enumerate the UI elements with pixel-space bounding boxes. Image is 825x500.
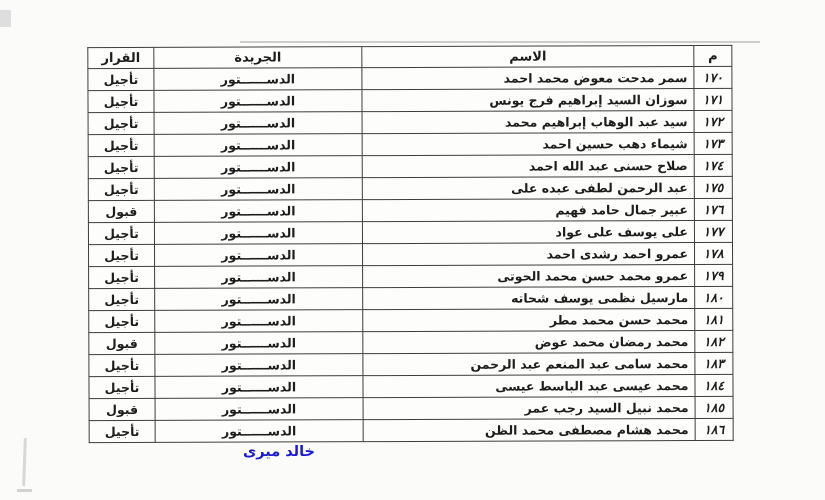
cell-name: محمد رمضان محمد عوض [363, 331, 695, 354]
scan-artifact-topline [240, 41, 760, 43]
table-row: ١٨٢ محمد رمضان محمد عوض الدســــــتور قب… [89, 330, 733, 354]
cell-serial-number: ١٧٢ [694, 110, 732, 132]
cell-serial-number: ١٨٤ [695, 374, 733, 396]
cell-decision: تأجيل [88, 68, 154, 90]
table-row: ١٨٤ محمد عيسى عبد الباسط عيسى الدســــــ… [89, 374, 733, 398]
cell-decision: تأجيل [88, 222, 154, 244]
cell-newspaper: الدســــــتور [154, 178, 362, 201]
table-row: ١٧٠ سمر مدحت معوض محمد احمد الدســــــتو… [88, 66, 732, 90]
cell-decision: تأجيل [88, 90, 154, 112]
cell-newspaper: الدســــــتور [155, 398, 363, 421]
table-row: ١٧٣ شيماء دهب حسين احمد الدســــــتور تأ… [88, 132, 732, 156]
cell-decision: تأجيل [88, 134, 154, 156]
cell-decision: تأجيل [89, 310, 155, 332]
cell-serial-number: ١٨٣ [695, 352, 733, 374]
header-serial-number: م [694, 45, 732, 66]
cell-serial-number: ١٧٤ [694, 154, 732, 176]
header-newspaper: الجريدة [154, 47, 362, 69]
cell-serial-number: ١٧٣ [694, 132, 732, 154]
cell-serial-number: ١٧٥ [694, 176, 732, 198]
cell-newspaper: الدســــــتور [154, 156, 362, 179]
cell-newspaper: الدســــــتور [154, 200, 362, 223]
cell-newspaper: الدســــــتور [154, 112, 362, 135]
cell-name: سمر مدحت معوض محمد احمد [362, 67, 694, 90]
cell-decision: تأجيل [89, 266, 155, 288]
scan-artifact-corner [0, 10, 11, 27]
cell-newspaper: الدســــــتور [154, 134, 362, 157]
cell-name: محمد حسن محمد مطر [363, 309, 695, 332]
table-row: ١٨٥ محمد نبيل السيد رجب عمر الدســــــتو… [89, 396, 733, 420]
table-row: ١٧١ سوزان السيد إبراهيم فرج يونس الدســـ… [88, 88, 732, 112]
cell-serial-number: ١٧١ [694, 88, 732, 110]
scan-artifact-smudge [22, 438, 27, 486]
cell-serial-number: ١٧٧ [694, 220, 732, 242]
cell-name: شيماء دهب حسين احمد [362, 133, 694, 156]
cell-name: محمد هشام مصطفى محمد الظن [363, 419, 695, 442]
table-header: م الاسم الجريدة القرار [88, 45, 732, 68]
table-row: ١٨٦ محمد هشام مصطفى محمد الظن الدســــــ… [89, 418, 733, 442]
cell-newspaper: الدســــــتور [155, 376, 363, 399]
table-row: ١٧٩ عمرو محمد حسن محمد الحوتى الدســــــ… [89, 264, 733, 288]
cell-decision: قبول [89, 332, 155, 354]
cell-name: سوزان السيد إبراهيم فرج يونس [362, 89, 694, 112]
cell-name: محمد عيسى عبد الباسط عيسى [363, 375, 695, 398]
cell-serial-number: ١٨٢ [695, 330, 733, 352]
cell-decision: تأجيل [88, 112, 154, 134]
cell-decision: تأجيل [89, 288, 155, 310]
header-name: الاسم [362, 46, 694, 68]
scan-artifact-dash [17, 489, 32, 492]
cell-newspaper: الدســــــتور [155, 288, 363, 311]
cell-name: مارسيل نظمى يوسف شحاته [363, 287, 695, 310]
table-row: ١٨١ محمد حسن محمد مطر الدســــــتور تأجي… [89, 308, 733, 332]
signature-text: خالد ميرى [243, 444, 315, 460]
cell-name: عبير جمال حامد فهيم [362, 199, 694, 222]
cell-serial-number: ١٨٦ [695, 418, 733, 440]
cell-serial-number: ١٧٠ [694, 66, 732, 88]
table-row: ١٧٧ على يوسف على عواد الدســــــتور تأجي… [88, 220, 732, 244]
cell-decision: تأجيل [89, 244, 155, 266]
cell-serial-number: ١٧٩ [695, 264, 733, 286]
table-row: ١٧٤ صلاح حسنى عبد الله احمد الدســــــتو… [88, 154, 732, 178]
table-row: ١٨٣ محمد سامى عبد المنعم عبد الرحمن الدس… [89, 352, 733, 376]
cell-name: سيد عبد الوهاب إبراهيم محمد [362, 111, 694, 134]
cell-decision: تأجيل [89, 354, 155, 376]
cell-name: عبد الرحمن لطفى عبده على [362, 177, 694, 200]
cell-decision: تأجيل [88, 178, 154, 200]
cell-serial-number: ١٨٥ [695, 396, 733, 418]
cell-newspaper: الدســــــتور [155, 332, 363, 355]
cell-decision: تأجيل [89, 376, 155, 398]
cell-decision: تأجيل [88, 156, 154, 178]
cell-newspaper: الدســــــتور [154, 68, 362, 91]
results-table-container: م الاسم الجريدة القرار ١٧٠ سمر مدحت معوض… [87, 45, 733, 443]
table-row: ١٧٨ عمرو احمد رشدى احمد الدســــــتور تأ… [89, 242, 733, 266]
table-row: ١٧٥ عبد الرحمن لطفى عبده على الدســــــت… [88, 176, 732, 200]
table-row: ١٧٢ سيد عبد الوهاب إبراهيم محمد الدســــ… [88, 110, 732, 134]
cell-newspaper: الدســــــتور [154, 222, 362, 245]
cell-newspaper: الدســــــتور [155, 310, 363, 333]
cell-serial-number: ١٨١ [695, 308, 733, 330]
table-row: ١٧٦ عبير جمال حامد فهيم الدســــــتور قب… [88, 198, 732, 222]
cell-decision: قبول [89, 398, 155, 420]
cell-newspaper: الدســــــتور [155, 420, 363, 443]
cell-name: عمرو احمد رشدى احمد [362, 243, 694, 266]
header-decision: القرار [88, 47, 154, 68]
cell-serial-number: ١٧٦ [694, 198, 732, 220]
cell-newspaper: الدســــــتور [155, 354, 363, 377]
table-header-row: م الاسم الجريدة القرار [88, 45, 732, 68]
cell-decision: تأجيل [89, 420, 155, 442]
cell-name: محمد سامى عبد المنعم عبد الرحمن [363, 353, 695, 376]
table-body: ١٧٠ سمر مدحت معوض محمد احمد الدســــــتو… [88, 66, 733, 442]
cell-newspaper: الدســــــتور [154, 90, 362, 113]
cell-name: محمد نبيل السيد رجب عمر [363, 397, 695, 420]
cell-newspaper: الدســــــتور [154, 244, 362, 267]
cell-name: عمرو محمد حسن محمد الحوتى [363, 265, 695, 288]
table-row: ١٨٠ مارسيل نظمى يوسف شحاته الدســــــتور… [89, 286, 733, 310]
cell-serial-number: ١٧٨ [694, 242, 732, 264]
cell-serial-number: ١٨٠ [695, 286, 733, 308]
cell-newspaper: الدســــــتور [155, 266, 363, 289]
cell-name: صلاح حسنى عبد الله احمد [362, 155, 694, 178]
results-table: م الاسم الجريدة القرار ١٧٠ سمر مدحت معوض… [87, 45, 733, 443]
cell-decision: قبول [88, 200, 154, 222]
cell-name: على يوسف على عواد [362, 221, 694, 244]
